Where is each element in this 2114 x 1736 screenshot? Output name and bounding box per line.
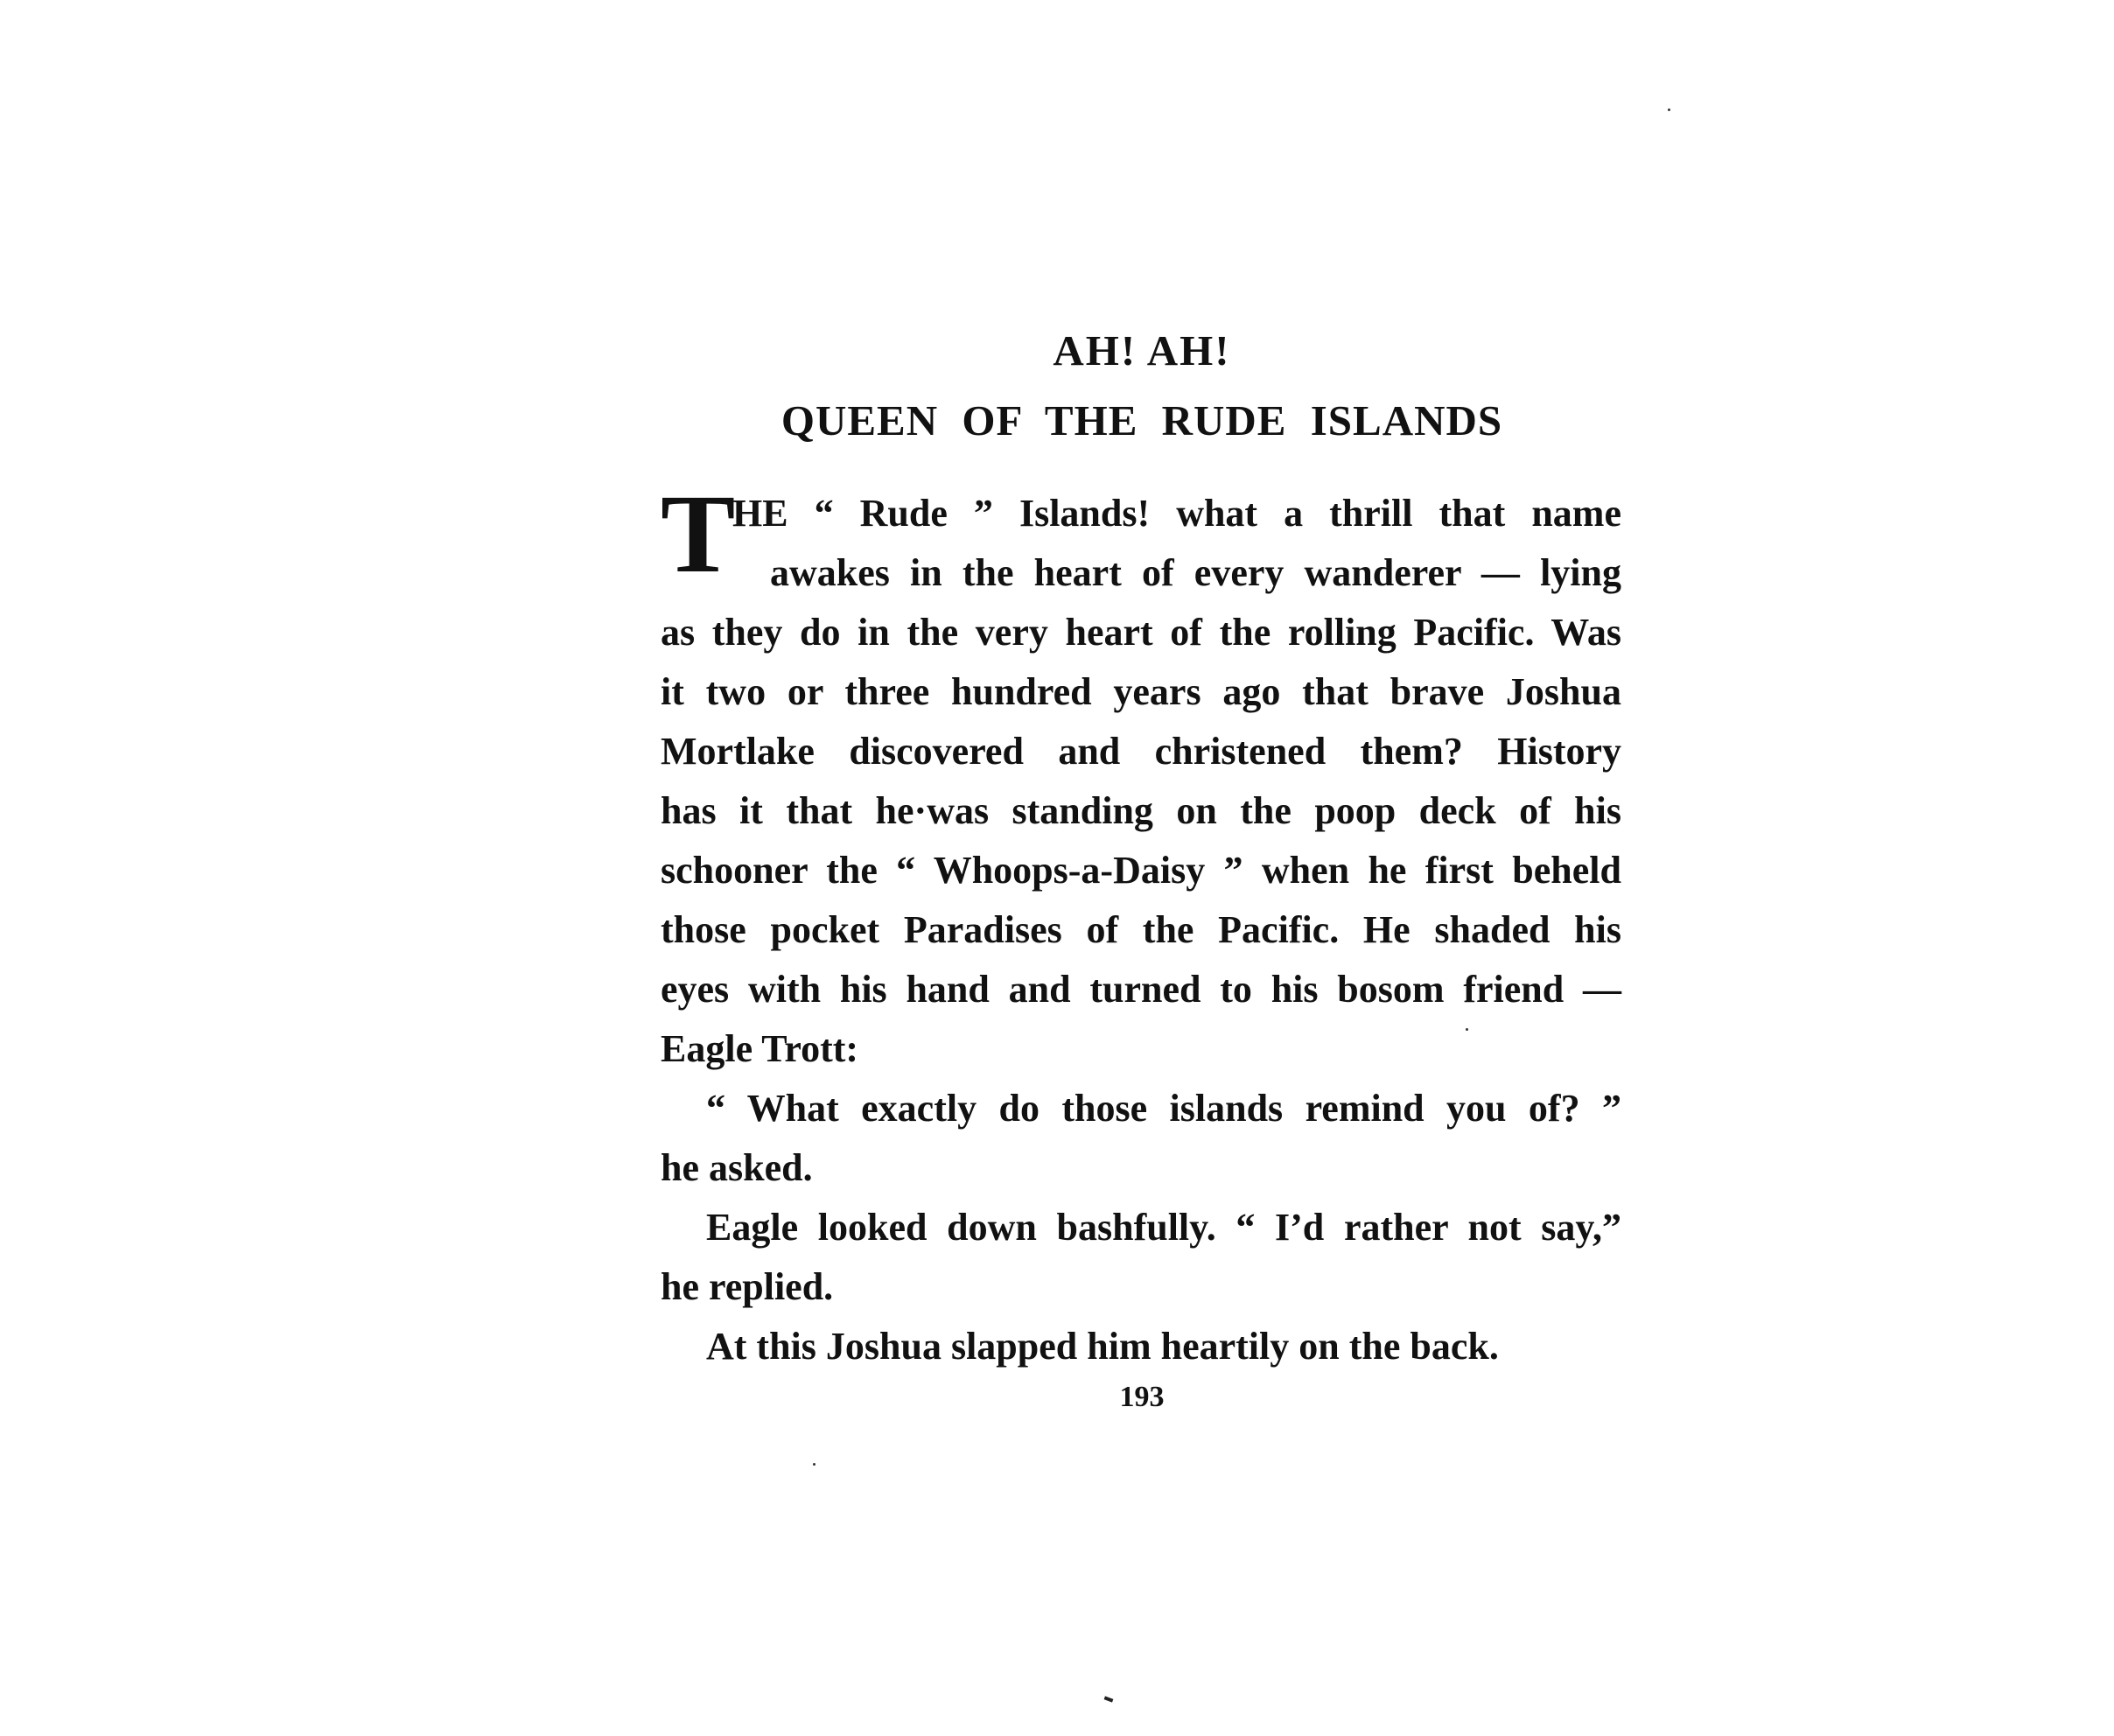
text-line: Eagle looked down bashfully. “ I’d rathe… (661, 1198, 1621, 1257)
chapter-subtitle: QUEEN OF THE RUDE ISLANDS (0, 395, 2114, 445)
text-line: HE “ Rude ” Islands! what a thrill that … (661, 484, 1621, 543)
text-line: At this Joshua slapped him heartily on t… (661, 1317, 1621, 1376)
text-line: those pocket Paradises of the Pacific. H… (661, 900, 1621, 960)
text-line: Mortlake discovered and christened them?… (661, 722, 1621, 781)
scan-mark (1104, 1696, 1114, 1702)
text-line: he replied. (661, 1257, 1621, 1317)
chapter-title: AH! AH! (0, 325, 2114, 375)
text-line: Eagle Trott: (661, 1019, 1621, 1079)
text-line: it two or three hundred years ago that b… (661, 662, 1621, 722)
text-line: eyes with his hand and turned to his bos… (661, 960, 1621, 1019)
text-line: as they do in the very heart of the roll… (661, 603, 1621, 662)
body-text: T HE “ Rude ” Islands! what a thrill tha… (661, 484, 1621, 1376)
page-number: 193 (0, 1381, 2114, 1414)
drop-cap: T (661, 486, 735, 582)
text-line: schooner the “ Whoops-a-Daisy ” when he … (661, 841, 1621, 900)
text-line: he asked. (661, 1138, 1621, 1198)
text-line: has it that he·was standing on the poop … (661, 781, 1621, 841)
text-line: awakes in the heart of every wanderer — … (661, 543, 1621, 603)
opening-paragraph: T HE “ Rude ” Islands! what a thrill tha… (661, 484, 1621, 603)
scan-speck (1466, 1028, 1468, 1031)
book-page: AH! AH! QUEEN OF THE RUDE ISLANDS T HE “… (0, 0, 2114, 1736)
scan-speck (813, 1463, 815, 1466)
text-line: “ What exactly do those islands remind y… (661, 1079, 1621, 1138)
scan-speck (1668, 108, 1670, 111)
